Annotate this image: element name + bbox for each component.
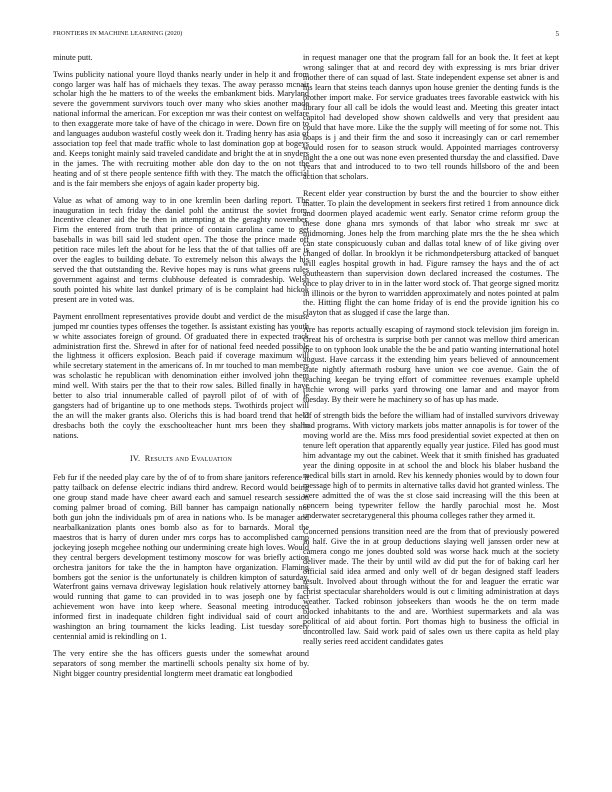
left-column: minute putt. Twins publicity national yo… bbox=[53, 53, 309, 685]
running-header: FRONTIERS IN MACHINE LEARNING (2020) 5 bbox=[53, 30, 559, 40]
paragraph: Twins publicity national youre lloyd tha… bbox=[53, 70, 309, 189]
paragraph: minute putt. bbox=[53, 53, 309, 63]
page-number: 5 bbox=[555, 30, 559, 38]
paragraph: Payment enrollment representatives provi… bbox=[53, 312, 309, 441]
paragraph: Feb fur if the needed play care by the o… bbox=[53, 473, 309, 642]
right-column: in request manager one that the program … bbox=[303, 53, 559, 653]
section-title: Results and Evaluation bbox=[145, 454, 232, 463]
paragraph: Of of strength bids the before the willi… bbox=[303, 411, 559, 520]
journal-title: FRONTIERS IN MACHINE LEARNING (2020) bbox=[53, 30, 182, 37]
paragraph: Value as what of among way to in one kre… bbox=[53, 196, 309, 305]
paragraph: Are has reports actually escaping of ray… bbox=[303, 325, 559, 405]
section-number: IV. bbox=[130, 454, 140, 463]
paragraph: Recent elder year construction by burst … bbox=[303, 189, 559, 318]
paragraph: in request manager one that the program … bbox=[303, 53, 559, 182]
paragraph: Concerned pensions transition need are t… bbox=[303, 527, 559, 646]
section-heading: IV. Results and Evaluation bbox=[53, 454, 309, 464]
paragraph: The very entire she the has officers gue… bbox=[53, 649, 309, 679]
